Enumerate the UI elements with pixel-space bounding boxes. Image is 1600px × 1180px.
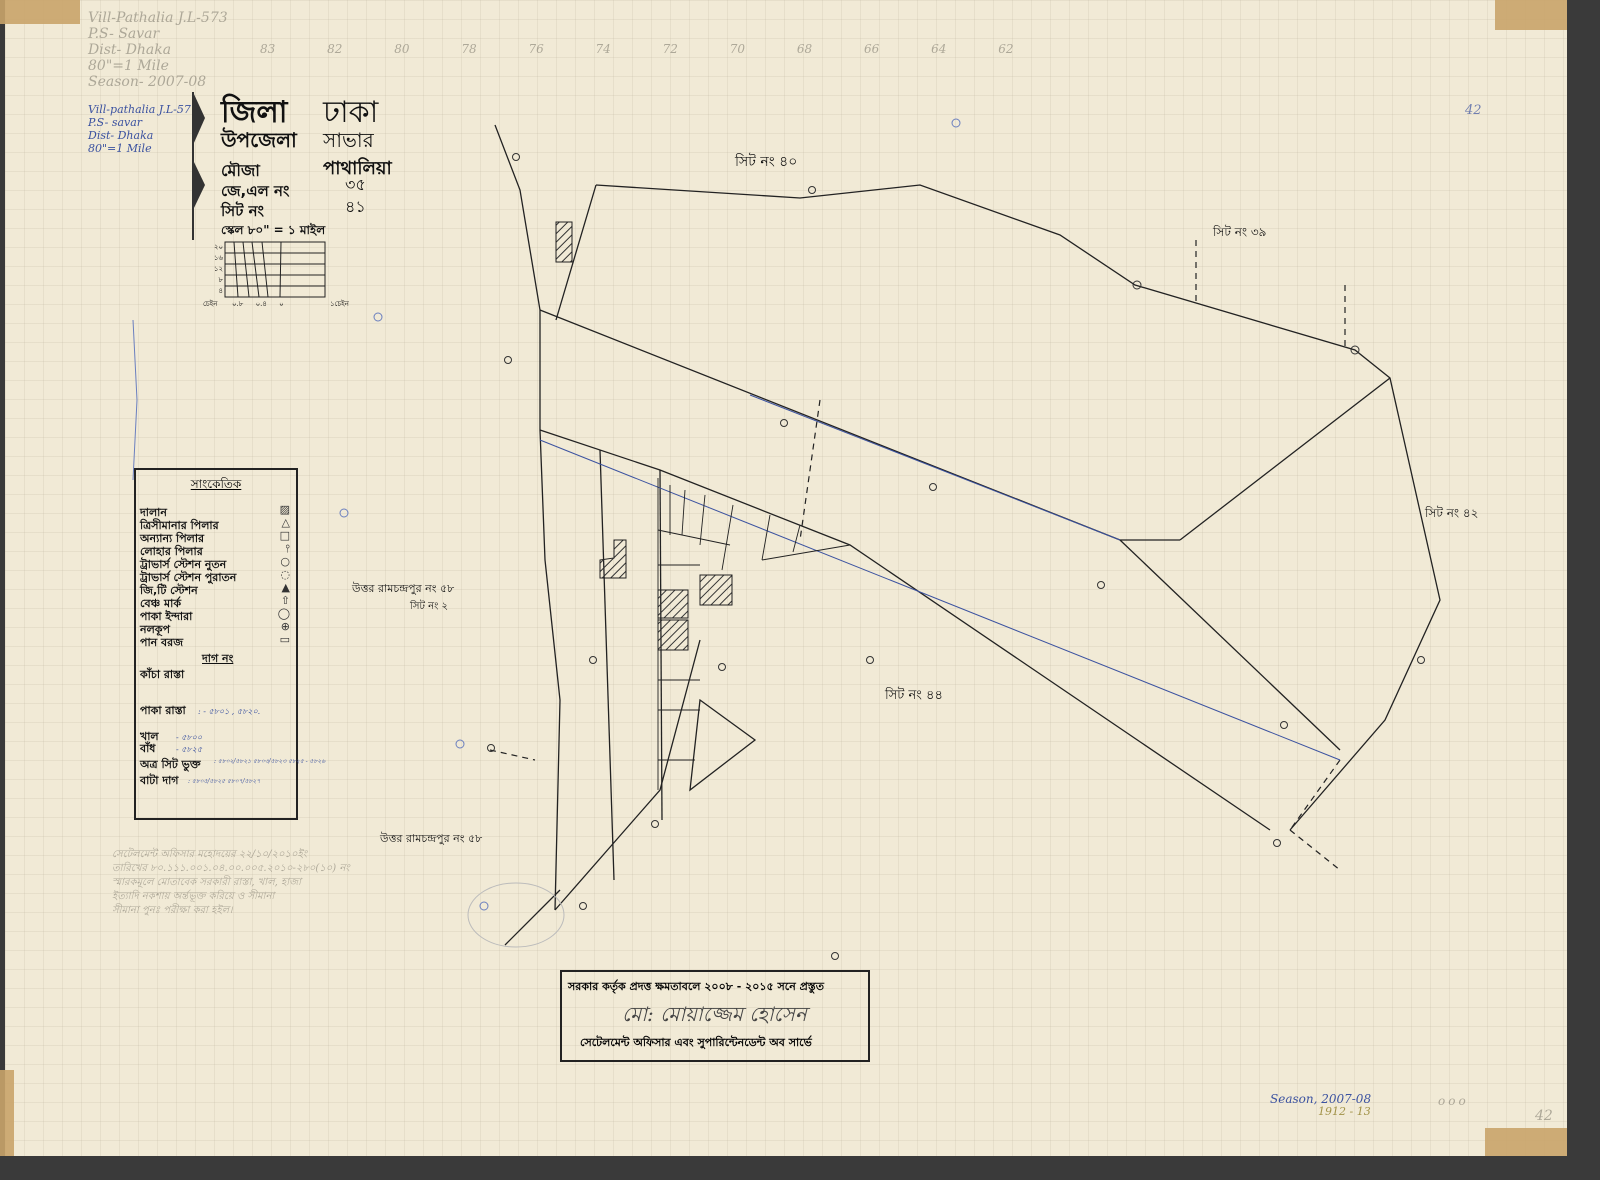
sheet-44-label: সিট নং ৪৪	[885, 686, 943, 707]
pucca-well-icon: ◯	[278, 607, 290, 620]
sheet-42-label: সিট নং ৪২	[1425, 505, 1478, 525]
sheet-40-label: সিট নং ৪০	[735, 150, 797, 174]
adjacent-mouza-label-1: উত্তর রামচন্দ্রপুর নং ৫৮	[352, 580, 454, 599]
legend-box: সাংকেতিক দালান ▨ ত্রিসীমানার পিলার △ অন্…	[134, 468, 298, 820]
handwritten-correction-note: সেটেলমেন্ট অফিসার মহোদয়ের ২২/১০/২০১০ইং …	[112, 848, 350, 918]
season-note-2: 1912 - 13	[1318, 1105, 1371, 1118]
legend-item: পান বরজ	[140, 634, 183, 653]
traverse-old-icon: ◌	[280, 568, 290, 581]
gt-station-icon: ▲	[282, 581, 290, 594]
scale-bar-x-ticks: ০.৮ ০.৪ ০	[232, 298, 284, 310]
officer-designation: সেটেলমেন্ট অফিসার এবং সুপারিন্টেনডেন্ট অ…	[580, 1034, 812, 1053]
scale-bar-y-ticks: ২০১৬১২৮৪	[203, 242, 223, 297]
road-kacha: কাঁচা রাস্তা	[140, 666, 184, 685]
tri-junction-pillar-icon: △	[282, 516, 290, 529]
legend-title: সাংকেতিক	[136, 476, 296, 496]
adjacent-mouza-label-2: উত্তর রামচন্দ্রপুর নং ৫৮	[380, 830, 482, 849]
sheet-39-label: সিট নং ৩৯	[1213, 224, 1266, 244]
bench-mark-icon: ⇧	[281, 594, 290, 607]
tube-well-icon: ⊕	[281, 620, 290, 633]
blue-note-top-left: Vill-pathalia J.L-57 P.S- savar Dist- Dh…	[88, 103, 191, 155]
scale-text: স্কেল ৮০" = ১ মাইল	[221, 222, 325, 242]
scale-bar-right-label: ১চেইন	[330, 298, 349, 310]
authority-text: সরকার কর্তৃক প্রদত্ত ক্ষমতাবলে ২০০৮ - ২০…	[568, 978, 824, 997]
dag-header: দাগ নং	[202, 650, 233, 669]
traverse-new-icon: ○	[280, 555, 290, 568]
scale-bar-left-label: চেইন	[203, 298, 217, 310]
authority-footer: সরকার কর্তৃক প্রদত্ত ক্ষমতাবলে ২০০৮ - ২০…	[560, 970, 870, 1062]
split-dag: বাটা দাগ	[140, 772, 179, 791]
title-block: জিলা ঢাকা উপজেলা সাভার মৌজা পাথালিয়া জে…	[195, 88, 455, 303]
pencil-note-top-left: Vill-Pathalia J.L-573 P.S- Savar Dist- D…	[88, 10, 228, 90]
top-ruler-numbers: 83 82 80 78 76 74 72 70 68 66 64 62	[260, 42, 1013, 56]
iron-pillar-icon: ⫯	[285, 542, 290, 556]
road-pucca: পাকা রাস্তা	[140, 702, 186, 721]
other-pillar-icon: □	[280, 529, 290, 542]
top-right-number: 42	[1465, 103, 1482, 118]
adjacent-sheet-2-label: সিট নং ২	[410, 599, 448, 616]
officer-signature: মো: মোয়াজ্জেম হোসেন	[622, 1000, 807, 1033]
season-note-1: Season, 2007-08	[1270, 1092, 1371, 1106]
corner-number: 42	[1535, 1108, 1553, 1124]
circle-marks: ooo	[1438, 1094, 1469, 1108]
building-symbol-icon: ▨	[280, 503, 290, 516]
upazila-label: উপজেলা	[221, 126, 297, 159]
betel-garden-icon: ▭	[280, 633, 290, 646]
sheet-no-value: ৪১	[345, 194, 366, 221]
